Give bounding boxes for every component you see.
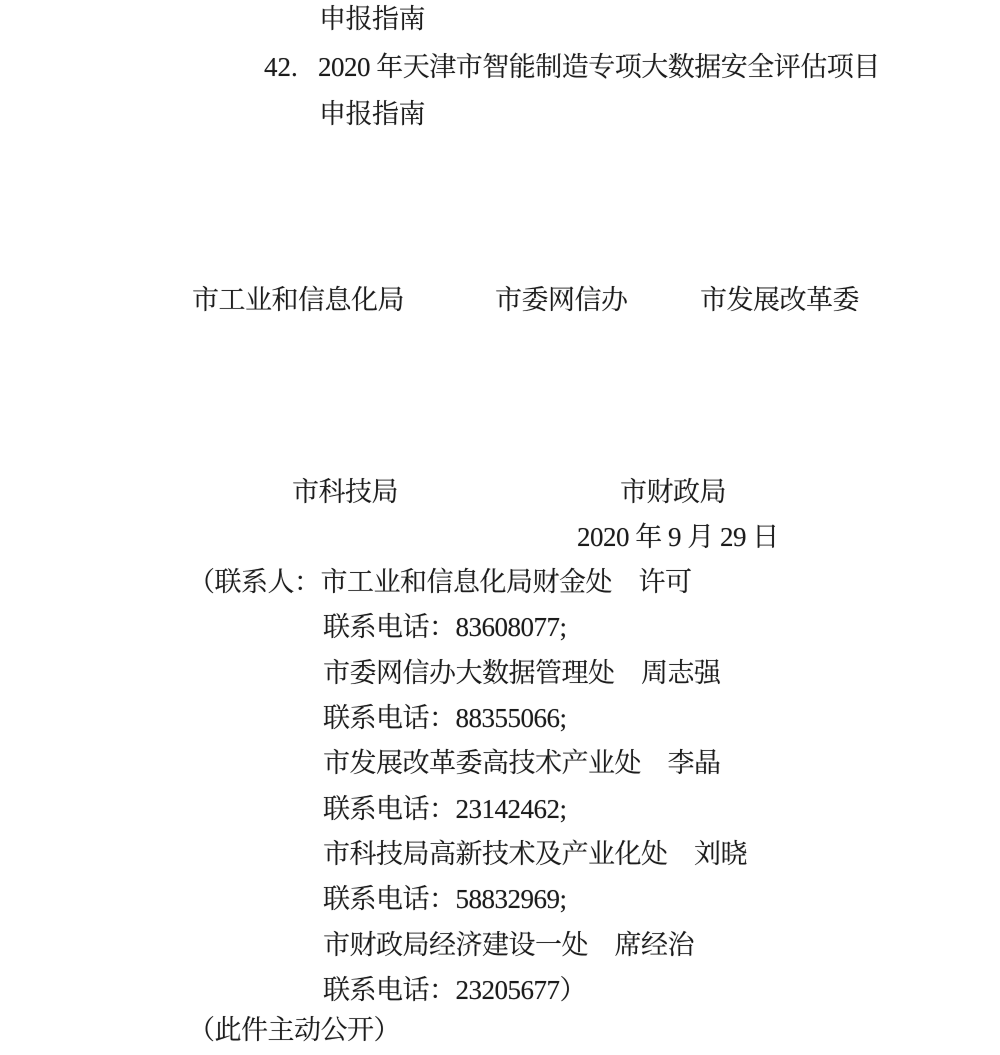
contact-line-phone-4: 联系电话：58832969; xyxy=(323,882,567,916)
disclosure-note: （此件主动公开） xyxy=(188,1013,400,1047)
issuer-science-technology-bureau: 市科技局 xyxy=(292,475,398,509)
contact-line-phone-2: 联系电话：88355066; xyxy=(323,701,567,735)
list-item-42-title: 2020 年天津市智能制造专项大数据安全评估项目 xyxy=(318,50,880,84)
issuer-finance-bureau: 市财政局 xyxy=(620,475,726,509)
issuer-cyberspace-office: 市委网信办 xyxy=(495,283,628,317)
contact-line-dept-5: 市财政局经济建设一处 席经治 xyxy=(323,928,694,962)
contact-line-dept-4: 市科技局高新技术及产业化处 刘晓 xyxy=(323,837,747,871)
contact-line-dept-3: 市发展改革委高技术产业处 李晶 xyxy=(323,746,721,780)
issuer-industry-it-bureau: 市工业和信息化局 xyxy=(192,283,404,317)
list-item-42-guide-suffix: 申报指南 xyxy=(319,97,425,131)
contact-line-phone-3: 联系电话：23142462; xyxy=(323,792,567,826)
list-item-41-guide-suffix: 申报指南 xyxy=(319,2,425,36)
signature-date: 2020 年 9 月 29 日 xyxy=(577,520,779,554)
contact-line-phone-5: 联系电话：23205677） xyxy=(323,973,586,1007)
contact-line-lead: （联系人：市工业和信息化局财金处 许可 xyxy=(188,565,692,599)
issuer-development-reform-commission: 市发展改革委 xyxy=(700,283,859,317)
list-item-42-number: 42. xyxy=(264,50,298,84)
contact-line-dept-2: 市委网信办大数据管理处 周志强 xyxy=(323,656,721,690)
document-page: 申报指南 42. 2020 年天津市智能制造专项大数据安全评估项目 申报指南 市… xyxy=(0,0,1000,1055)
contact-line-phone-1: 联系电话：83608077; xyxy=(323,610,567,644)
